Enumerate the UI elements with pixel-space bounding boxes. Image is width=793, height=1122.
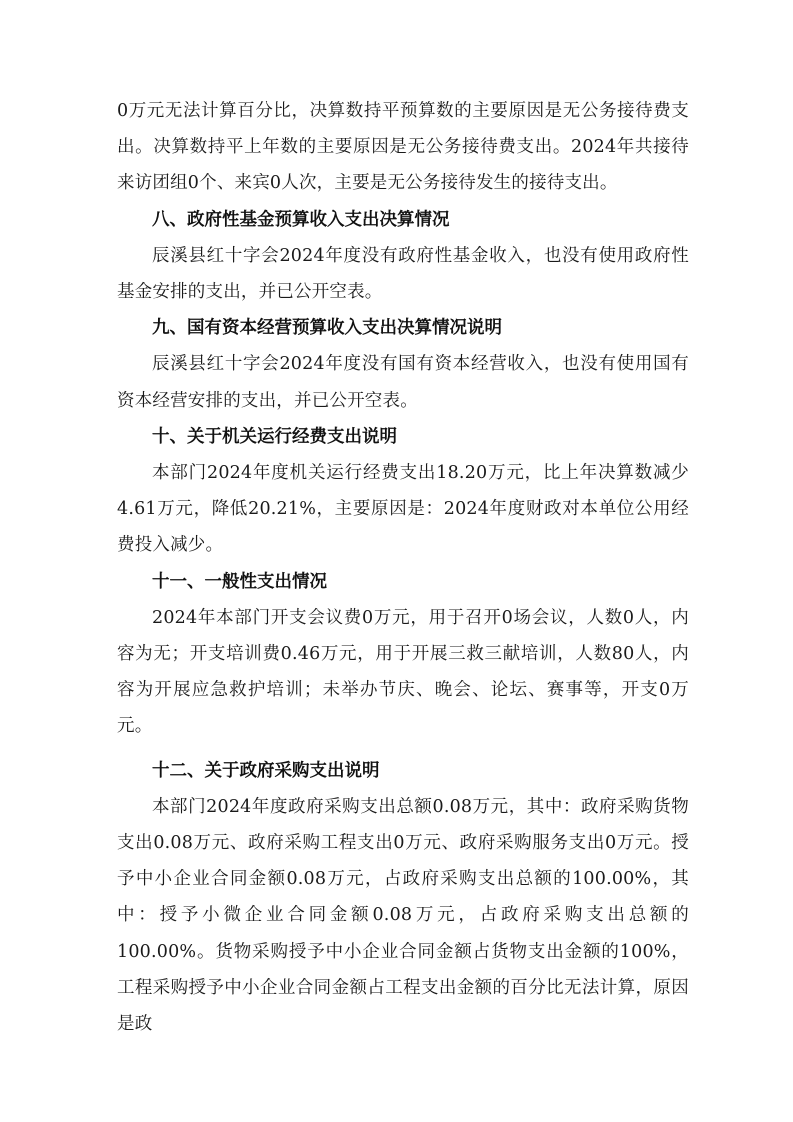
section-heading: 八、政府性基金预算收入支出决算情况 (117, 202, 689, 238)
section-body: 辰溪县红十字会2024年度没有政府性基金收入，也没有使用政府性基金安排的支出，并… (117, 238, 689, 310)
section-heading: 十一、一般性支出情况 (117, 564, 689, 600)
section-heading: 九、国有资本经营预算收入支出决算情况说明 (117, 310, 689, 346)
section-state-capital: 九、国有资本经营预算收入支出决算情况说明 辰溪县红十字会2024年度没有国有资本… (117, 310, 689, 419)
section-government-fund: 八、政府性基金预算收入支出决算情况 辰溪县红十字会2024年度没有政府性基金收入… (117, 202, 689, 311)
document-page: 0万元无法计算百分比，决算数持平预算数的主要原因是无公务接待费支出。决算数持平上… (117, 93, 689, 1042)
section-body: 2024年本部门开支会议费0万元，用于召开0场会议，人数0人，内容为无；开支培训… (117, 600, 689, 745)
section-heading: 十二、关于政府采购支出说明 (117, 753, 689, 789)
spacer (117, 745, 689, 753)
section-operating-expenses: 十、关于机关运行经费支出说明 本部门2024年度机关运行经费支出18.20万元，… (117, 419, 689, 564)
section-body: 辰溪县红十字会2024年度没有国有资本经营收入，也没有使用国有资本经营安排的支出… (117, 346, 689, 418)
section-general-expenditure: 十一、一般性支出情况 2024年本部门开支会议费0万元，用于召开0场会议，人数0… (117, 564, 689, 745)
section-government-procurement: 十二、关于政府采购支出说明 本部门2024年度政府采购支出总额0.08万元，其中… (117, 753, 689, 1043)
section-body: 本部门2024年度机关运行经费支出18.20万元，比上年决算数减少4.61万元，… (117, 455, 689, 564)
intro-paragraph: 0万元无法计算百分比，决算数持平预算数的主要原因是无公务接待费支出。决算数持平上… (117, 93, 689, 202)
section-body: 本部门2024年度政府采购支出总额0.08万元，其中：政府采购货物支出0.08万… (117, 789, 689, 1042)
section-heading: 十、关于机关运行经费支出说明 (117, 419, 689, 455)
